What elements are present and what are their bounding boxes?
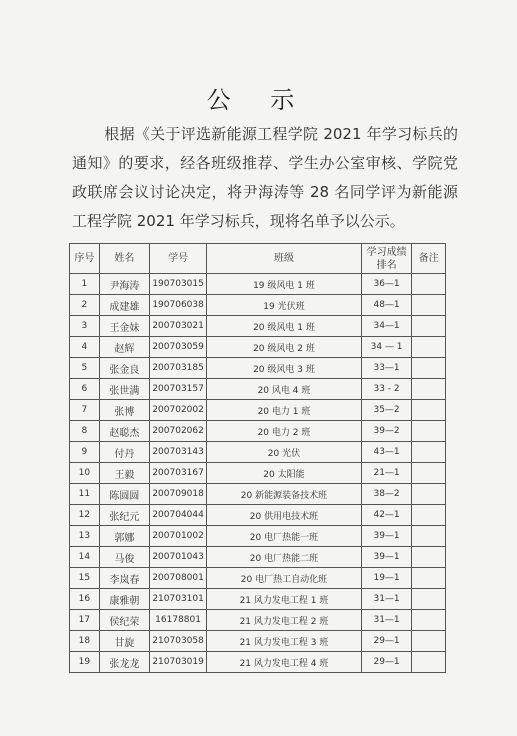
cell-class: 21 风力发电工程 1 班 — [207, 589, 362, 610]
cell-student-id: 210703019 — [150, 652, 207, 673]
cell-no: 5 — [70, 358, 100, 379]
cell-rank: 21—1 — [361, 463, 411, 484]
cell-no: 12 — [70, 505, 100, 526]
cell-rank: 34 — 1 — [361, 337, 411, 358]
cell-name: 李岚春 — [99, 568, 149, 589]
table-row: 17侯纪荣1617880121 风力发电工程 2 班31—1 — [70, 610, 446, 631]
cell-no: 11 — [70, 484, 100, 505]
cell-class: 20 电力 2 班 — [207, 421, 362, 442]
cell-no: 1 — [70, 274, 100, 295]
cell-rank: 29—1 — [361, 631, 411, 652]
document-page: 公 示 根据《关于评选新能源工程学院 2021 年学习标兵的通知》的要求，经各班… — [0, 0, 517, 736]
cell-no: 18 — [70, 631, 100, 652]
cell-name: 张博 — [99, 400, 149, 421]
cell-rank: 35—2 — [361, 400, 411, 421]
cell-name: 张纪元 — [99, 505, 149, 526]
cell-student-id: 210703101 — [150, 589, 207, 610]
cell-rank: 43—1 — [361, 442, 411, 463]
cell-name: 侯纪荣 — [99, 610, 149, 631]
cell-rank: 19—1 — [361, 568, 411, 589]
table-row: 10王毅20070316720 太阳能21—1 — [70, 463, 446, 484]
cell-note — [412, 589, 446, 610]
cell-no: 2 — [70, 295, 100, 316]
table-row: 5张金良20070318520 级风电 3 班33—1 — [70, 358, 446, 379]
cell-rank: 31—1 — [361, 589, 411, 610]
document-title: 公 示 — [0, 80, 517, 115]
cell-name: 甘旋 — [99, 631, 149, 652]
cell-name: 张龙龙 — [99, 652, 149, 673]
cell-student-id: 200703157 — [150, 379, 207, 400]
cell-no: 19 — [70, 652, 100, 673]
cell-name: 康雅朝 — [99, 589, 149, 610]
cell-no: 16 — [70, 589, 100, 610]
cell-class: 19 光伏班 — [207, 295, 362, 316]
cell-name: 赵辉 — [99, 337, 149, 358]
cell-name: 付丹 — [99, 442, 149, 463]
cell-student-id: 200703021 — [150, 316, 207, 337]
cell-class: 20 级风电 1 班 — [207, 316, 362, 337]
table-header-row: 序号 姓名 学号 班级 学习成绩排名 备注 — [70, 244, 446, 274]
cell-class: 20 级风电 3 班 — [207, 358, 362, 379]
cell-name: 成建雄 — [99, 295, 149, 316]
cell-note — [412, 547, 446, 568]
cell-name: 赵聪杰 — [99, 421, 149, 442]
table-row: 9付丹20070314320 光伏43—1 — [70, 442, 446, 463]
header-no: 序号 — [70, 244, 100, 274]
honor-list-table: 序号 姓名 学号 班级 学习成绩排名 备注 1尹海涛19070301519 级风… — [69, 243, 446, 673]
cell-name: 尹海涛 — [99, 274, 149, 295]
cell-rank: 38—2 — [361, 484, 411, 505]
cell-rank: 48—1 — [361, 295, 411, 316]
cell-student-id: 16178801 — [150, 610, 207, 631]
cell-class: 20 风电 4 班 — [207, 379, 362, 400]
cell-student-id: 200702062 — [150, 421, 207, 442]
table-row: 15李岚春20070800120 电厂热工自动化班19—1 — [70, 568, 446, 589]
cell-note — [412, 526, 446, 547]
cell-rank: 42—1 — [361, 505, 411, 526]
cell-student-id: 200709018 — [150, 484, 207, 505]
cell-rank: 33 - 2 — [361, 379, 411, 400]
cell-note — [412, 421, 446, 442]
cell-student-id: 210703058 — [150, 631, 207, 652]
table-row: 11陈圆圆20070901820 新能源装备技术班38—2 — [70, 484, 446, 505]
cell-no: 8 — [70, 421, 100, 442]
cell-student-id: 190706038 — [150, 295, 207, 316]
cell-student-id: 200703143 — [150, 442, 207, 463]
paragraph-text: 根据《关于评选新能源工程学院 2021 年学习标兵的通知》的要求，经各班级推荐、… — [72, 125, 458, 230]
table-row: 13郭娜20070100220 电厂热能一班39—1 — [70, 526, 446, 547]
cell-class: 20 电力 1 班 — [207, 400, 362, 421]
cell-class: 20 新能源装备技术班 — [207, 484, 362, 505]
cell-note — [412, 442, 446, 463]
cell-student-id: 200703167 — [150, 463, 207, 484]
cell-class: 20 电厂热能二班 — [207, 547, 362, 568]
cell-note — [412, 505, 446, 526]
cell-name: 王毅 — [99, 463, 149, 484]
cell-class: 20 供用电技术班 — [207, 505, 362, 526]
header-student-id: 学号 — [150, 244, 207, 274]
cell-note — [412, 484, 446, 505]
table-row: 2成建雄19070603819 光伏班48—1 — [70, 295, 446, 316]
cell-note — [412, 379, 446, 400]
cell-no: 3 — [70, 316, 100, 337]
table-row: 4赵辉20070305920 级风电 2 班34 — 1 — [70, 337, 446, 358]
cell-student-id: 200703059 — [150, 337, 207, 358]
announcement-paragraph: 根据《关于评选新能源工程学院 2021 年学习标兵的通知》的要求，经各班级推荐、… — [72, 120, 458, 236]
cell-student-id: 190703015 — [150, 274, 207, 295]
cell-class: 20 电厂热能一班 — [207, 526, 362, 547]
cell-rank: 29—1 — [361, 652, 411, 673]
cell-note — [412, 337, 446, 358]
cell-no: 7 — [70, 400, 100, 421]
cell-student-id: 200708001 — [150, 568, 207, 589]
cell-student-id: 200701002 — [150, 526, 207, 547]
cell-note — [412, 274, 446, 295]
cell-name: 马俊 — [99, 547, 149, 568]
cell-note — [412, 568, 446, 589]
cell-note — [412, 463, 446, 484]
table-row: 14马俊20070104320 电厂热能二班39—1 — [70, 547, 446, 568]
header-note: 备注 — [412, 244, 446, 274]
cell-class: 20 级风电 2 班 — [207, 337, 362, 358]
cell-student-id: 200703185 — [150, 358, 207, 379]
cell-rank: 31—1 — [361, 610, 411, 631]
cell-name: 陈圆圆 — [99, 484, 149, 505]
cell-note — [412, 295, 446, 316]
table-row: 3王金妹20070302120 级风电 1 班34—1 — [70, 316, 446, 337]
cell-note — [412, 400, 446, 421]
cell-class: 20 电厂热工自动化班 — [207, 568, 362, 589]
cell-class: 21 风力发电工程 2 班 — [207, 610, 362, 631]
table-row: 1尹海涛19070301519 级风电 1 班36—1 — [70, 274, 446, 295]
cell-note — [412, 631, 446, 652]
cell-note — [412, 652, 446, 673]
cell-student-id: 200701043 — [150, 547, 207, 568]
header-name: 姓名 — [99, 244, 149, 274]
cell-rank: 33—1 — [361, 358, 411, 379]
cell-rank: 39—1 — [361, 547, 411, 568]
cell-name: 张金良 — [99, 358, 149, 379]
cell-note — [412, 610, 446, 631]
table-row: 8赵聪杰20070206220 电力 2 班39—2 — [70, 421, 446, 442]
cell-class: 19 级风电 1 班 — [207, 274, 362, 295]
cell-note — [412, 316, 446, 337]
cell-name: 王金妹 — [99, 316, 149, 337]
cell-no: 14 — [70, 547, 100, 568]
table-row: 7张博20070200220 电力 1 班35—2 — [70, 400, 446, 421]
cell-note — [412, 358, 446, 379]
cell-rank: 39—1 — [361, 526, 411, 547]
cell-rank: 39—2 — [361, 421, 411, 442]
cell-no: 9 — [70, 442, 100, 463]
table-row: 12张纪元20070404420 供用电技术班42—1 — [70, 505, 446, 526]
cell-class: 21 风力发电工程 3 班 — [207, 631, 362, 652]
table-row: 16康雅朝21070310121 风力发电工程 1 班31—1 — [70, 589, 446, 610]
cell-student-id: 200702002 — [150, 400, 207, 421]
header-rank: 学习成绩排名 — [361, 244, 411, 274]
cell-rank: 36—1 — [361, 274, 411, 295]
cell-no: 4 — [70, 337, 100, 358]
cell-no: 15 — [70, 568, 100, 589]
table-row: 18甘旋21070305821 风力发电工程 3 班29—1 — [70, 631, 446, 652]
cell-name: 张世满 — [99, 379, 149, 400]
table-row: 19张龙龙21070301921 风力发电工程 4 班29—1 — [70, 652, 446, 673]
cell-class: 20 太阳能 — [207, 463, 362, 484]
cell-no: 6 — [70, 379, 100, 400]
cell-no: 17 — [70, 610, 100, 631]
cell-name: 郭娜 — [99, 526, 149, 547]
cell-class: 21 风力发电工程 4 班 — [207, 652, 362, 673]
header-class: 班级 — [207, 244, 362, 274]
cell-rank: 34—1 — [361, 316, 411, 337]
cell-no: 10 — [70, 463, 100, 484]
cell-student-id: 200704044 — [150, 505, 207, 526]
cell-class: 20 光伏 — [207, 442, 362, 463]
cell-no: 13 — [70, 526, 100, 547]
table-row: 6张世满20070315720 风电 4 班33 - 2 — [70, 379, 446, 400]
